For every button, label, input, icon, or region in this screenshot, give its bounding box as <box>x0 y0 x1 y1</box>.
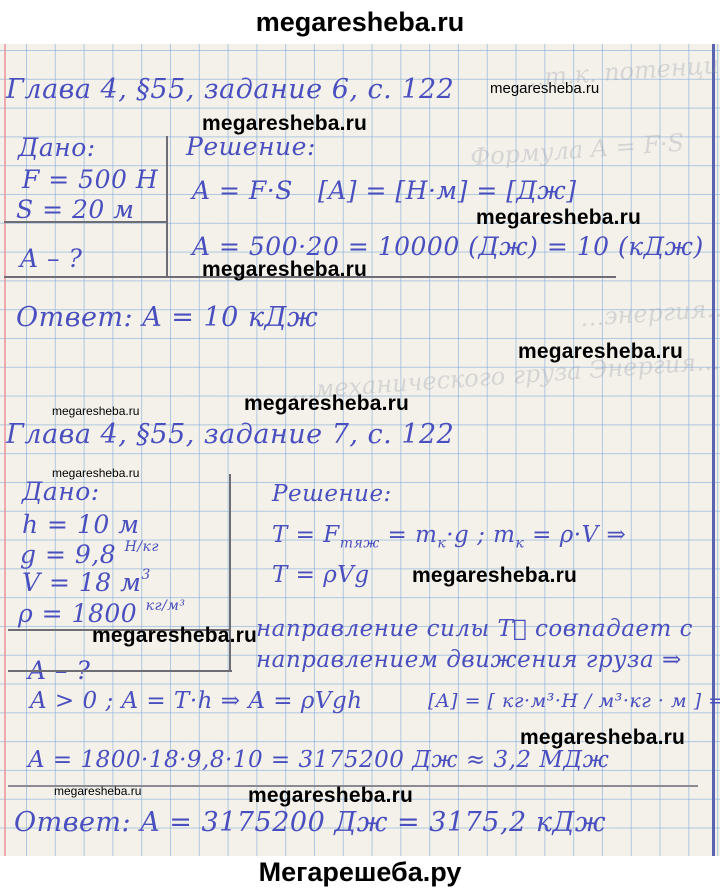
watermark: megaresheba.ru <box>202 258 367 282</box>
left-margin-line <box>4 44 6 856</box>
watermark: megaresheba.ru <box>518 340 683 364</box>
task7-direction-text-2: направлением движения груза ⇒ <box>256 647 682 673</box>
watermark: megaresheba.ru <box>248 784 413 808</box>
task7-tension-formula: T = Fтяж = mк·g ; mк = ρ·V ⇒ <box>272 522 626 552</box>
watermark: megaresheba.ru <box>54 784 141 798</box>
site-header-watermark: megaresheba.ru <box>0 0 720 44</box>
density-unit: кг/м³ <box>146 598 186 614</box>
task7-given-label: Дано: <box>22 477 100 506</box>
bleed-through-text: Формула A = F·S <box>469 129 685 172</box>
task6-given-label: Дано: <box>18 133 96 162</box>
bleed-through-text: …энергия… <box>579 294 720 332</box>
watermark: megaresheba.ru <box>52 404 139 418</box>
given-solution-divider <box>166 136 168 276</box>
task7-heading: Глава 4, §55, задание 7, с. 122 <box>6 419 454 450</box>
task7-tension-result: T = ρVg <box>272 562 370 588</box>
watermark: megaresheba.ru <box>476 206 641 230</box>
formula-subscript: к <box>515 536 524 552</box>
gravity-value: g = 9,8 <box>20 540 116 569</box>
task6-find: A – ? <box>20 244 82 273</box>
task6-given-force: F = 500 Н <box>22 165 158 194</box>
watermark: megaresheba.ru <box>490 80 599 97</box>
task6-formula: A = F·S <box>192 176 293 205</box>
task7-direction-text-1: направление силы T⃗ совпадает с <box>256 616 693 642</box>
formula-part: = m <box>380 522 438 548</box>
volume-value: V = 18 м <box>22 568 141 597</box>
task6-heading: Глава 4, §55, задание 6, с. 122 <box>6 74 454 105</box>
task6-answer: Ответ: A = 10 кДж <box>16 302 318 333</box>
task7-given-gravity: g = 9,8 Н/кг <box>20 539 159 569</box>
formula-subscript: тяж <box>340 536 380 552</box>
task7-work-units: [A] = [ кг·м³·Н / м³·кг · м ] = [Дж] <box>428 690 720 712</box>
watermark: megaresheba.ru <box>52 466 139 480</box>
right-margin-line <box>712 44 715 856</box>
task7-given-volume: V = 18 м3 <box>22 567 151 597</box>
given-divider <box>4 221 168 223</box>
formula-part: = ρ·V ⇒ <box>524 522 626 548</box>
formula-part: ·g ; m <box>446 522 515 548</box>
task7-answer: Ответ: A = 3175200 Дж = 3175,2 кДж <box>14 807 606 838</box>
watermark: megaresheba.ru <box>244 392 409 416</box>
task7-given-height: h = 10 м <box>22 510 139 539</box>
site-footer-watermark: Мегарешеба.ру <box>0 856 720 889</box>
formula-part: T = F <box>272 522 340 548</box>
watermark: megaresheba.ru <box>412 564 577 588</box>
task6-given-distance: S = 20 м <box>16 195 134 224</box>
gravity-unit: Н/кг <box>125 539 159 555</box>
watermark: megaresheba.ru <box>92 624 257 648</box>
notebook-page: …т.к. потенциал… Формула A = F·S …энерги… <box>0 44 720 856</box>
task7-solution-label: Решение: <box>272 481 392 507</box>
task7-calculation: A = 1800·18·9,8·10 = 3175200 Дж ≈ 3,2 МД… <box>28 747 609 773</box>
watermark: megaresheba.ru <box>520 726 685 750</box>
task6-solution-label: Решение: <box>186 132 316 161</box>
task7-work-formula: A > 0 ; A = T·h ⇒ A = ρVgh <box>30 688 363 714</box>
formula-subscript: к <box>437 536 446 552</box>
volume-exponent: 3 <box>141 567 150 583</box>
watermark: megaresheba.ru <box>202 112 367 136</box>
task6-units: [A] = [Н·м] = [Дж] <box>318 176 576 205</box>
given-bottom-line <box>8 670 232 672</box>
task6-calculation: A = 500·20 = 10000 (Дж) = 10 (кДж) <box>192 232 704 261</box>
